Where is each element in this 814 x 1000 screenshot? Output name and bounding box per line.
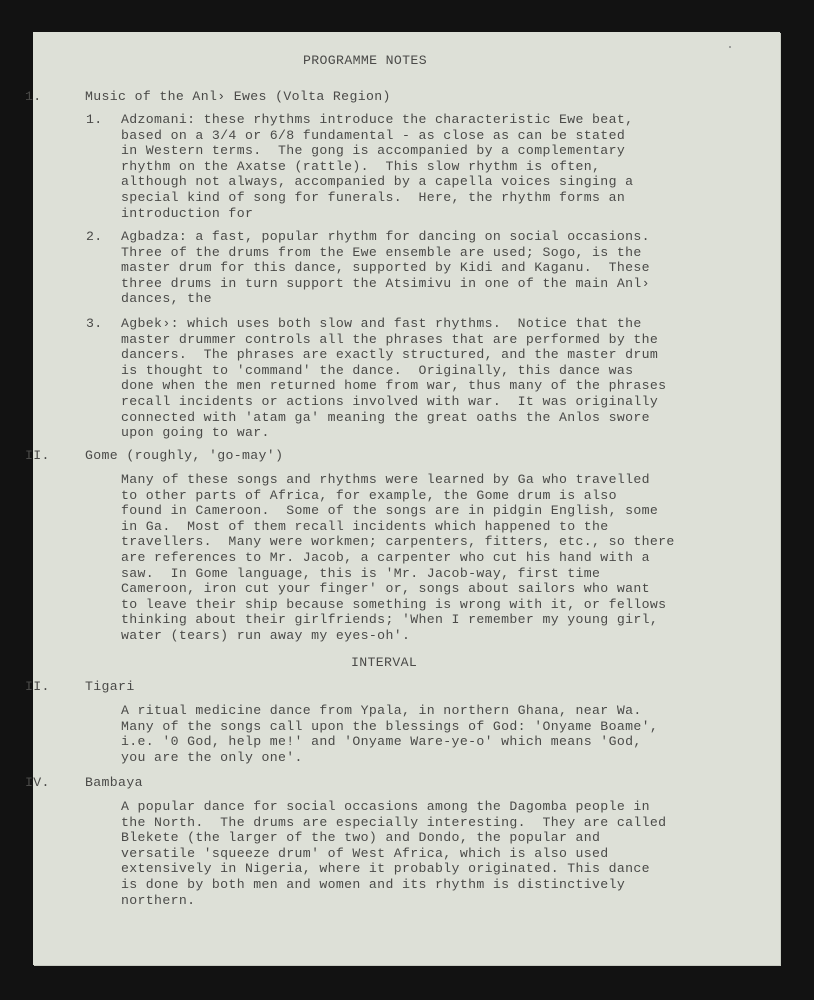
item-paragraph: Agbadza: a fast, popular rhythm for danc… (121, 229, 650, 307)
section-paragraph: A popular dance for social occasions amo… (121, 799, 666, 908)
section-numeral: IV. (25, 775, 50, 791)
section-numeral: 1. (25, 89, 42, 105)
section-paragraph: Many of these songs and rhythms were lea… (121, 472, 675, 644)
item-paragraph: Agbek›: which uses both slow and fast rh… (121, 316, 666, 441)
item-number: 1. (86, 112, 103, 128)
document-page: PROGRAMME NOTES 1. Music of the Anl› Ewe… (33, 32, 780, 965)
section-heading: Bambaya (85, 775, 143, 791)
section-heading: Tigari (85, 679, 135, 695)
section-numeral: II. (25, 679, 50, 695)
paper-mark (729, 46, 731, 48)
section-heading: Gome (roughly, 'go-may') (85, 448, 283, 464)
item-paragraph: Adzomani: these rhythms introduce the ch… (121, 112, 633, 221)
interval-label: INTERVAL (351, 655, 417, 671)
page-title: PROGRAMME NOTES (303, 53, 427, 69)
section-numeral: II. (25, 448, 50, 464)
section-paragraph: A ritual medicine dance from Ypala, in n… (121, 703, 658, 765)
item-number: 2. (86, 229, 103, 245)
section-heading: Music of the Anl› Ewes (Volta Region) (85, 89, 391, 105)
item-number: 3. (86, 316, 103, 332)
